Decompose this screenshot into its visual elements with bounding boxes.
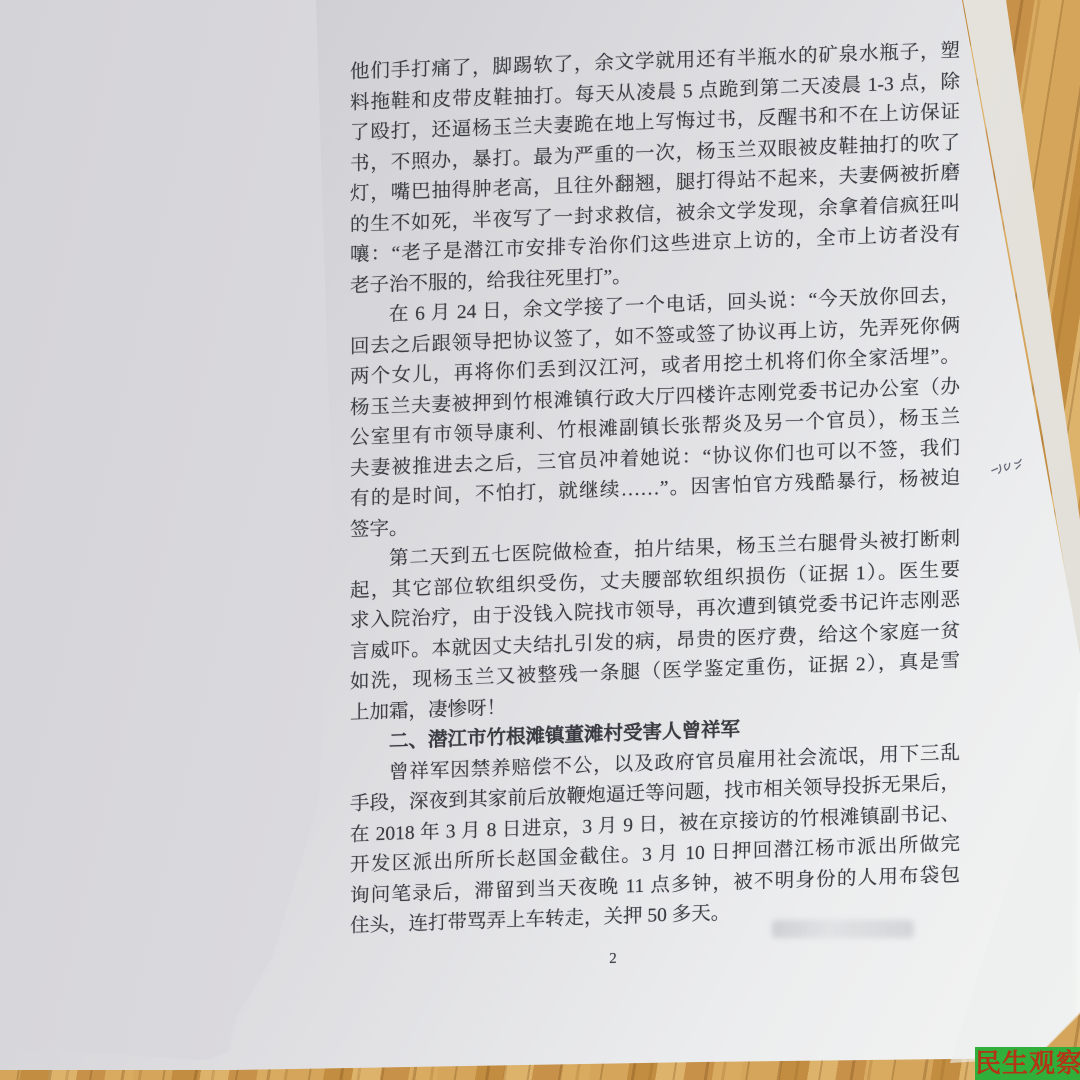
photo-of-document: 他们手打痛了，脚踢软了，余文学就用还有半瓶水的矿泉水瓶子，塑料拖鞋和皮带皮鞋抽打… — [0, 0, 1080, 1080]
document-lines: 他们手打痛了，脚踢软了，余文学就用还有半瓶水的矿泉水瓶子，塑料拖鞋和皮带皮鞋抽打… — [350, 37, 960, 943]
document-text-block: 他们手打痛了，脚踢软了，余文学就用还有半瓶水的矿泉水瓶子，塑料拖鞋和皮带皮鞋抽打… — [350, 37, 960, 983]
watermark-badge: 民生观察 — [975, 1047, 1080, 1080]
